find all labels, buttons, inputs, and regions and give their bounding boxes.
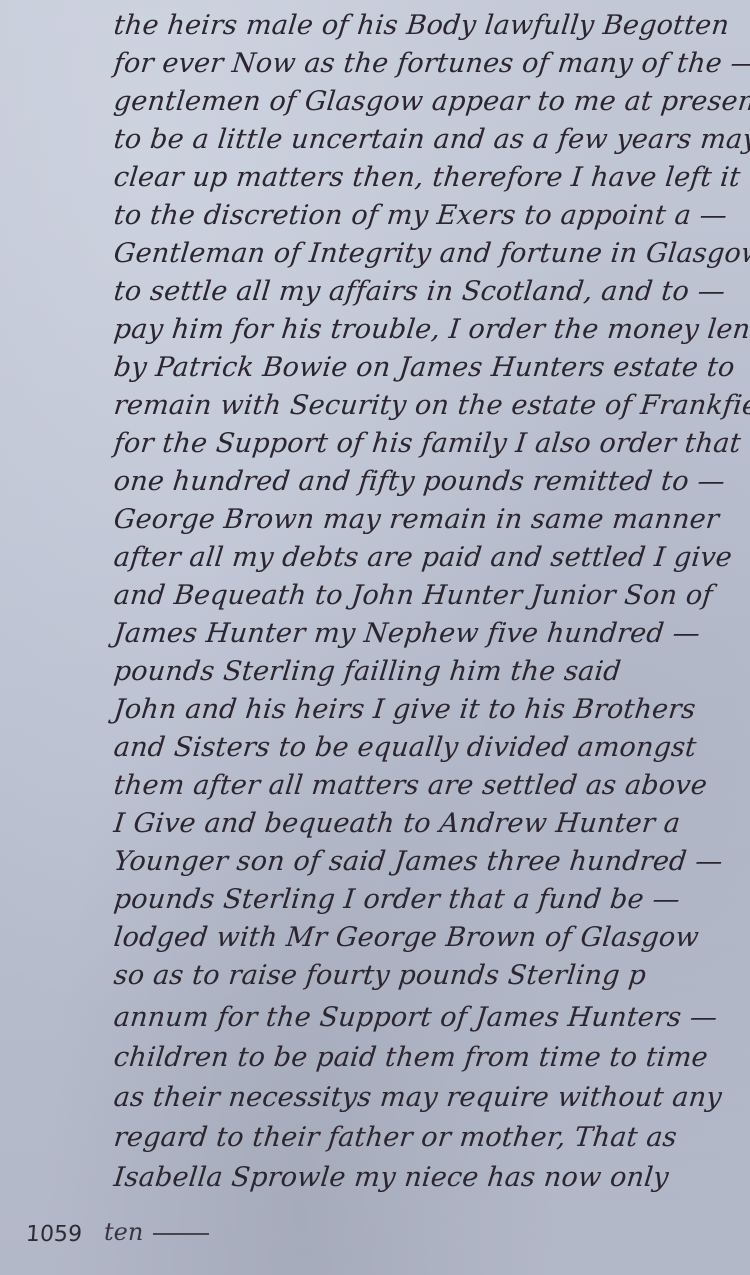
catchword: ten [104,1218,209,1246]
manuscript-line: for ever Now as the fortunes of many of … [112,46,746,82]
manuscript-line: and Bequeath to John Hunter Junior Son o… [112,578,746,614]
manuscript-line: to be a little uncertain and as a few ye… [112,122,746,158]
manuscript-line: Isabella Sprowle my niece has now only [112,1160,746,1196]
manuscript-line: to settle all my affairs in Scotland, an… [112,274,746,310]
manuscript-line: regard to their father or mother, That a… [112,1120,746,1156]
manuscript-line: and Sisters to be equally divided amongs… [112,730,746,766]
catchword-text: ten [104,1218,143,1246]
manuscript-line: for the Support of his family I also ord… [112,426,746,462]
manuscript-line: pounds Sterling I order that a fund be — [112,882,746,918]
manuscript-line: remain with Security on the estate of Fr… [112,388,746,424]
manuscript-line: annum for the Support of James Hunters — [112,1000,746,1036]
manuscript-page: the heirs male of his Body lawfully Bego… [0,0,750,1275]
manuscript-line: children to be paid them from time to ti… [112,1040,746,1076]
manuscript-line: Younger son of said James three hundred … [112,844,746,880]
manuscript-line: I Give and bequeath to Andrew Hunter a [112,806,746,842]
manuscript-line: Gentleman of Integrity and fortune in Gl… [112,236,746,272]
manuscript-line: gentlemen of Glasgow appear to me at pre… [112,84,746,120]
manuscript-line: one hundred and fifty pounds remitted to… [112,464,746,500]
manuscript-line: pounds Sterling failling him the said [112,654,746,690]
folio-number: 1059 [25,1222,83,1247]
manuscript-line: to the discretion of my Exers to appoint… [112,198,746,234]
manuscript-line: after all my debts are paid and settled … [112,540,746,576]
manuscript-line: clear up matters then, therefore I have … [112,160,746,196]
manuscript-line: John and his heirs I give it to his Brot… [112,692,746,728]
manuscript-line: as their necessitys may require without … [112,1080,746,1116]
manuscript-line: George Brown may remain in same manner [112,502,746,538]
manuscript-line: so as to raise fourty pounds Sterling p [112,958,746,994]
manuscript-line: pay him for his trouble, I order the mon… [112,312,746,348]
manuscript-line: James Hunter my Nephew five hundred — [112,616,746,652]
manuscript-line: by Patrick Bowie on James Hunters estate… [112,350,746,386]
manuscript-line: lodged with Mr George Brown of Glasgow [112,920,746,956]
manuscript-line: the heirs male of his Body lawfully Bego… [112,8,746,44]
manuscript-line: them after all matters are settled as ab… [112,768,746,804]
catchword-dash [153,1233,209,1235]
